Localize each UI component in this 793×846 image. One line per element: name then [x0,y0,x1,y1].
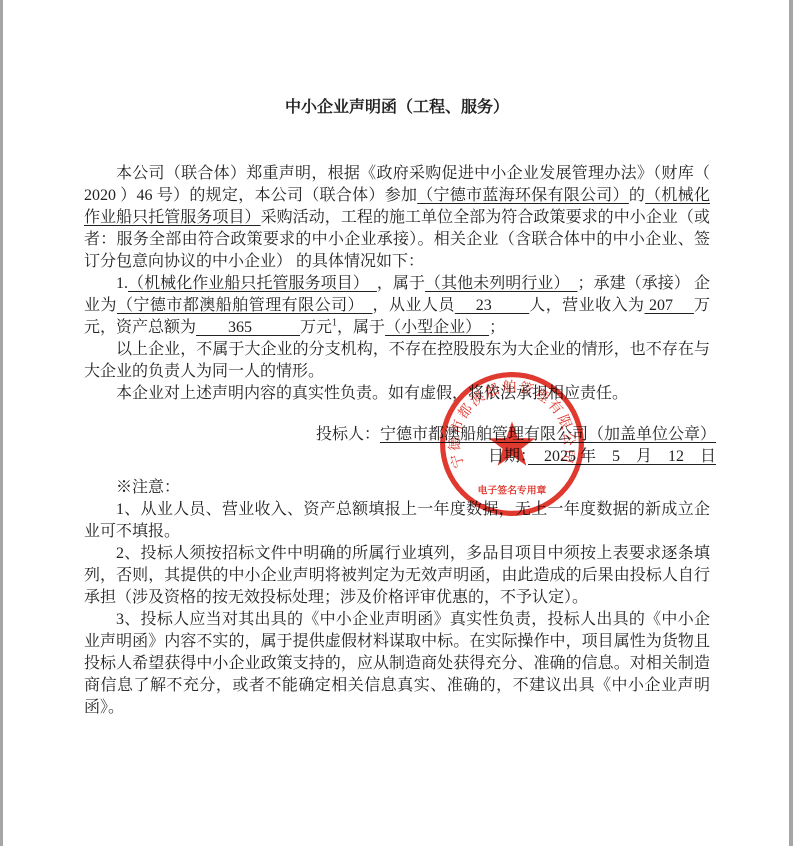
document-title: 中小企业声明函（工程、服务） [84,97,710,119]
signature-block: 投标人：宁德市都澳船舶管理有限公司（加盖单位公章） 日期： 2025 年 5 月… [84,424,716,468]
note-item-1: 1、从业人员、营业收入、资产总额填报上一年度数据，无上一年度数据的新成立企业可不… [84,499,710,543]
notes-section: ※注意： 1、从业人员、营业收入、资产总额填报上一年度数据，无上一年度数据的新成… [84,477,710,719]
responsibility-paragraph: 本企业对上述声明内容的真实性负责。如有虚假，将依法承担相应责任。 [84,383,710,405]
date-line: 日期： 2025 年 5 月 12 日 [84,446,716,468]
note-item-2: 2、投标人须按招标文件中明确的所属行业填列，多品目项目中须按上表要求逐条填列，否… [84,543,710,609]
summary-paragraph: 以上企业，不属于大企业的分支机构，不存在控股股东为大企业的情形，也不存在与大企业… [84,339,710,383]
page-container: 中小企业声明函（工程、服务） 本公司（联合体）郑重声明，根据《政府采购促进中小企… [0,0,793,846]
declaration-paragraph: 本公司（联合体）郑重声明，根据《政府采购促进中小企业发展管理办法》（财库（ 20… [84,163,710,273]
bidder-line: 投标人：宁德市都澳船舶管理有限公司（加盖单位公章） [84,424,716,446]
document-content: 中小企业声明函（工程、服务） 本公司（联合体）郑重声明，根据《政府采购促进中小企… [84,97,710,719]
bidder-name: 宁德市都澳船舶管理有限公司（加盖单位公章） [380,426,716,443]
date-value: 2025 年 5 月 12 日 [528,448,716,465]
bidder-label: 投标人： [316,426,380,443]
note-item-3: 3、投标人应当对其出具的《中小企业声明函》真实性负责，投标人出具的《中小企业声明… [84,609,710,719]
notes-header: ※注意： [84,477,710,499]
date-label: 日期： [488,448,528,465]
declaration-item-1: 1.（机械化作业船只托管服务项目） ，属于（其他未列明行业） ；承建（承接） 企… [84,273,710,339]
